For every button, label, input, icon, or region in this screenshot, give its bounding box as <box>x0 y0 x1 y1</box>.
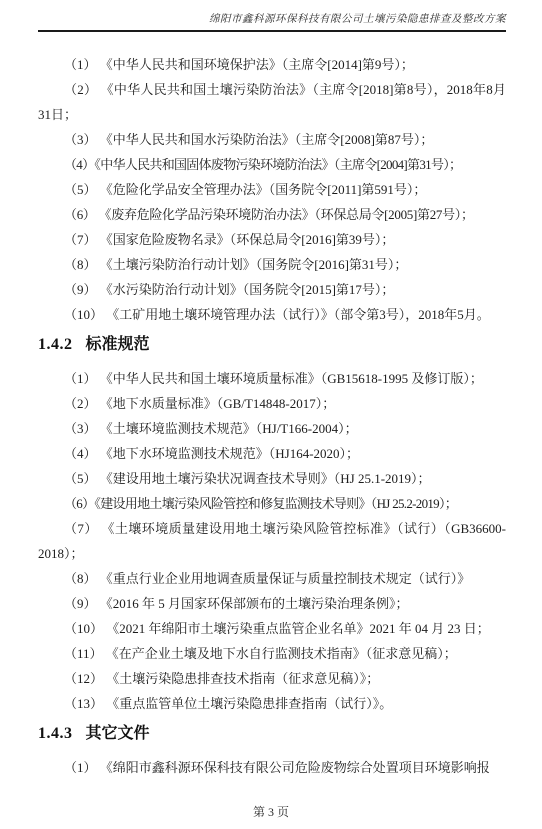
list-item: （1） 《中华人民共和国土壤环境质量标准》（GB15618-1995 及修订版）… <box>38 366 506 391</box>
document-page: 绵阳市鑫科源环保科技有限公司土壤污染隐患排查及整改方案 （1） 《中华人民共和国… <box>0 0 542 829</box>
section-heading-standards: 1.4.2 标准规范 <box>38 332 506 357</box>
list-item: （7） 《土壤环境质量建设用地土壤污染风险管控标准》（试行）（GB36600-2… <box>38 516 506 566</box>
list-item: （6） 《废弃危险化学品污染环境防治办法》（环保总局令[2005]第27号）； <box>38 202 506 227</box>
list-item: （7） 《国家危险废物名录》（环保总局令[2016]第39号）； <box>38 227 506 252</box>
list-item: （12） 《土壤污染隐患排查技术指南（征求意见稿）》； <box>38 666 506 691</box>
list-item: （4）《中华人民共和国固体废物污染环境防治法》（主席令[2004]第31号）； <box>38 152 506 177</box>
list-item: （11） 《在产企业土壤及地下水自行监测技术指南》（征求意见稿）； <box>38 641 506 666</box>
list-item: （10） 《工矿用地土壤环境管理办法（试行）》（部令第3号），2018年5月。 <box>38 302 506 327</box>
page-number: 第 3 页 <box>253 805 289 819</box>
list-item: （8） 《土壤污染防治行动计划》（国务院令[2016]第31号）； <box>38 252 506 277</box>
section-standards-list: （1） 《中华人民共和国土壤环境质量标准》（GB15618-1995 及修订版）… <box>38 366 506 716</box>
list-item: （9） 《2016 年 5 月国家环保部颁布的土壤污染治理条例》； <box>38 591 506 616</box>
section-title: 标准规范 <box>86 336 150 353</box>
list-item: （2） 《中华人民共和国土壤污染防治法》（主席令[2018]第8号），2018年… <box>38 77 506 127</box>
list-item: （1） 《中华人民共和国环境保护法》（主席令[2014]第9号）； <box>38 52 506 77</box>
page-body: （1） 《中华人民共和国环境保护法》（主席令[2014]第9号）； （2） 《中… <box>38 52 506 780</box>
list-item: （5） 《危险化学品安全管理办法》（国务院令[2011]第591号）； <box>38 177 506 202</box>
header-title: 绵阳市鑫科源环保科技有限公司土壤污染隐患排查及整改方案 <box>209 14 506 25</box>
list-item: （8） 《重点行业企业用地调查质量保证与质量控制技术规定（试行）》 <box>38 566 506 591</box>
section-laws-list: （1） 《中华人民共和国环境保护法》（主席令[2014]第9号）； （2） 《中… <box>38 52 506 327</box>
list-item: （5） 《建设用地土壤污染状况调查技术导则》（HJ 25.1-2019）； <box>38 466 506 491</box>
page-header: 绵阳市鑫科源环保科技有限公司土壤污染隐患排查及整改方案 <box>38 13 506 32</box>
list-item: （4） 《地下水环境监测技术规范》（HJ164-2020）； <box>38 441 506 466</box>
section-heading-other-documents: 1.4.3 其它文件 <box>38 721 506 746</box>
section-other-documents-list: （1） 《绵阳市鑫科源环保科技有限公司危险废物综合处置项目环境影响报 <box>38 755 506 780</box>
section-number: 1.4.3 <box>38 725 73 742</box>
list-item: （2） 《地下水质量标准》（GB/T14848-2017）； <box>38 391 506 416</box>
list-item: （13） 《重点监管单位土壤污染隐患排查指南（试行）》。 <box>38 691 506 716</box>
section-title: 其它文件 <box>86 725 150 742</box>
section-number: 1.4.2 <box>38 336 73 353</box>
page-footer: 第 3 页 <box>0 803 542 820</box>
list-item: （10） 《2021 年绵阳市土壤污染重点监管企业名单》2021 年 04 月 … <box>38 616 506 641</box>
list-item: （3） 《土壤环境监测技术规范》（HJ/T166-2004）； <box>38 416 506 441</box>
list-item: （9） 《水污染防治行动计划》（国务院令[2015]第17号）； <box>38 277 506 302</box>
list-item: （1） 《绵阳市鑫科源环保科技有限公司危险废物综合处置项目环境影响报 <box>38 755 506 780</box>
list-item: （3） 《中华人民共和国水污染防治法》（主席令[2008]第87号）； <box>38 127 506 152</box>
list-item: （6）《建设用地土壤污染风险管控和修复监测技术导则》（HJ 25.2-2019）… <box>38 491 506 516</box>
